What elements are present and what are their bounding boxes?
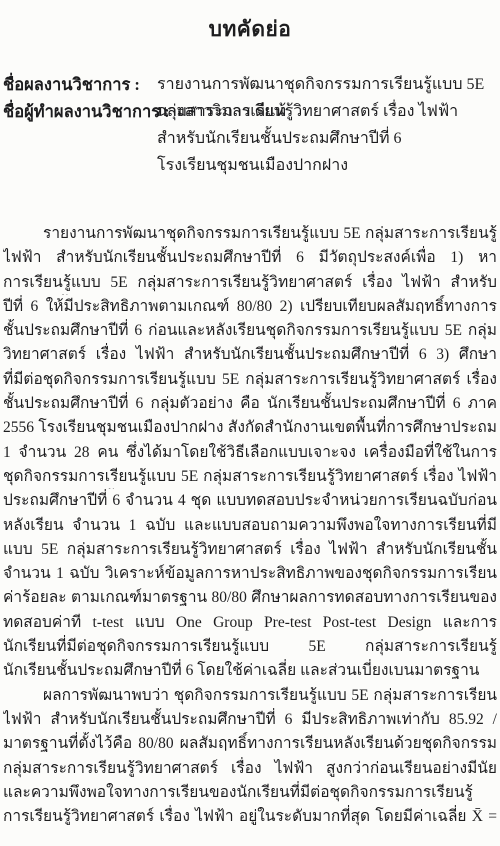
text-line: นางสาววิมลา ดีแท้ xyxy=(157,98,497,125)
abstract-document-page: บทคัดย่อ ชื่อผลงานวิชาการ: รายงานการพัฒน… xyxy=(0,0,500,846)
colon-separator: : xyxy=(134,71,140,98)
fields-block: ชื่อผลงานวิชาการ: รายงานการพัฒนาชุดกิจกร… xyxy=(3,71,497,125)
text-line: มาตรฐานที่ตั้งไว้คือ 80/80 ผลสัมฤทธิ์ทาง… xyxy=(3,732,497,756)
text-line: ไฟฟ้า สำหรับนักเรียนชั้นประถมศึกษาปีที่ … xyxy=(3,708,497,732)
field-row-work-title: ชื่อผลงานวิชาการ: รายงานการพัฒนาชุดกิจกร… xyxy=(3,71,497,98)
text-line: รายงานการพัฒนาชุดกิจกรรมการเรียนรู้แบบ 5… xyxy=(3,222,497,246)
text-line: ที่มีต่อชุดกิจกรรมการเรียนรู้แบบ 5E กลุ่… xyxy=(3,368,497,392)
paragraph-results: ผลการพัฒนาพบว่า ชุดกิจกรรมการเรียนรู้แบบ… xyxy=(3,684,497,830)
text-line: 1 จำนวน 28 คน ซึ่งได้มาโดยใช้วิธีเลือกแบ… xyxy=(3,441,497,465)
text-line: ผลการพัฒนาพบว่า ชุดกิจกรรมการเรียนรู้แบบ… xyxy=(3,684,497,708)
text-line: การเรียนรู้วิทยาศาสตร์ เรื่อง ไฟฟ้า อยู่… xyxy=(3,805,497,829)
text-line: แบบ 5E กลุ่มสาระการเรียนรู้วิทยาศาสตร์ เ… xyxy=(3,538,497,562)
author-value: นางสาววิมลา ดีแท้ xyxy=(157,98,497,125)
text-line: ค่าร้อยละ ตามเกณฑ์มาตรฐาน 80/80 ศึกษาผลก… xyxy=(3,586,497,610)
field-row-author: ชื่อผู้ทำผลงานวิชาการ: นางสาววิมลา ดีแท้ xyxy=(3,98,497,125)
text-line: ไฟฟ้า สำหรับนักเรียนชั้นประถมศึกษาปีที่ … xyxy=(3,246,497,270)
page-title: บทคัดย่อ xyxy=(0,13,500,46)
abstract-body: รายงานการพัฒนาชุดกิจกรรมการเรียนรู้แบบ 5… xyxy=(3,222,497,829)
text-line: นักเรียนที่มีต่อชุดกิจกรรมการเรียนรู้แบบ… xyxy=(3,635,497,659)
text-line: ทดสอบค่าที t-test แบบ One Group Pre-test… xyxy=(3,611,497,635)
text-line: สำหรับนักเรียนชั้นประถมศึกษาปีที่ 6 xyxy=(157,125,497,152)
author-label: ชื่อผู้ทำผลงานวิชาการ xyxy=(3,98,160,125)
work-title-value: รายงานการพัฒนาชุดกิจกรรมการเรียนรู้แบบ 5… xyxy=(157,71,497,179)
text-line: การเรียนรู้แบบ 5E กลุ่มสาระการเรียนรู้วิ… xyxy=(3,271,497,295)
text-line: ปีที่ 6 ให้มีประสิทธิภาพตามเกณฑ์ 80/80 2… xyxy=(3,295,497,319)
text-line: หลังเรียน จำนวน 1 ฉบับ และแบบสอบถามความพ… xyxy=(3,514,497,538)
text-line: ประถมศึกษาปีที่ 6 จำนวน 4 ชุด แบบทดสอบปร… xyxy=(3,489,497,513)
text-line: ชุดกิจกรรมการเรียนรู้แบบ 5E กลุ่มสาระการ… xyxy=(3,465,497,489)
text-line: จำนวน 1 ฉบับ วิเคราะห์ข้อมูลการหาประสิทธ… xyxy=(3,562,497,586)
text-line: ชั้นประถมศึกษาปีที่ 6 กลุ่มตัวอย่าง คือ … xyxy=(3,392,497,416)
text-line: กลุ่มสาระการเรียนรู้วิทยาศาสตร์ เรื่อง ไ… xyxy=(3,757,497,781)
paragraph-objectives-methods: รายงานการพัฒนาชุดกิจกรรมการเรียนรู้แบบ 5… xyxy=(3,222,497,684)
work-title-label: ชื่อผลงานวิชาการ xyxy=(3,71,130,98)
text-line: และความพึงพอใจทางการเรียนของนักเรียนที่ม… xyxy=(3,781,497,805)
text-line: รายงานการพัฒนาชุดกิจกรรมการเรียนรู้แบบ 5… xyxy=(157,71,497,98)
text-line: วิทยาศาสตร์ เรื่อง ไฟฟ้า สำหรับนักเรียนช… xyxy=(3,343,497,367)
text-line: ชั้นประถมศึกษาปีที่ 6 ก่อนและหลังเรียนชุ… xyxy=(3,319,497,343)
text-line: 2556 โรงเรียนชุมชนเมืองปากฝาง สังกัดสำนั… xyxy=(3,416,497,440)
text-line: โรงเรียนชุมชนเมืองปากฝาง xyxy=(157,152,497,179)
text-line: นักเรียนชั้นประถมศึกษาปีที่ 6 โดยใช้ค่าเ… xyxy=(3,659,497,683)
